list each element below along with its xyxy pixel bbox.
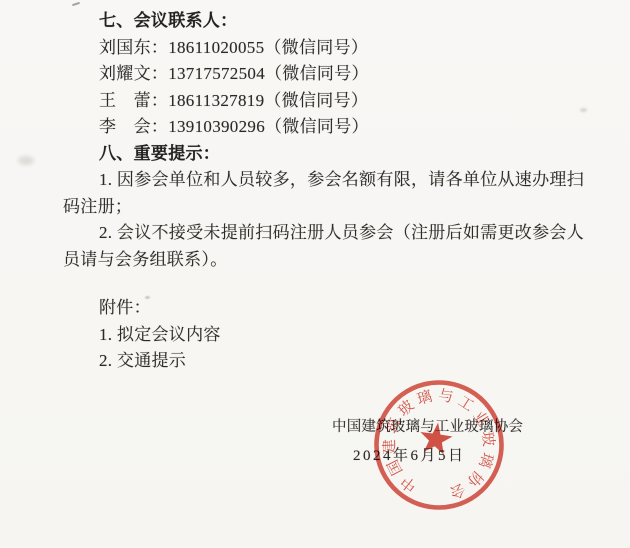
svg-text:璃: 璃	[475, 450, 496, 470]
scanned-document-page: 七、会议联系人： 刘国东：18611020055（微信同号） 刘耀文：13717…	[0, 0, 630, 548]
notice-heading: 八、重要提示：	[63, 141, 593, 168]
contact-line: 刘耀文：13717572504（微信同号）	[63, 61, 593, 88]
svg-text:玻: 玻	[478, 430, 497, 447]
svg-text:建: 建	[381, 439, 399, 455]
notice-paragraph-line: 员请与会务组联系）。	[63, 247, 593, 274]
svg-text:璃: 璃	[415, 388, 434, 409]
contact-line: 王 蕾：18611327819（微信同号）	[63, 88, 593, 115]
svg-text:业: 业	[469, 408, 491, 430]
contact-line: 刘国东：18611020055（微信同号）	[63, 35, 593, 62]
scan-speck	[72, 2, 80, 6]
svg-text:国: 国	[384, 457, 406, 478]
notice-paragraph-line: 2. 会议不接受未提前扫码注册人员参会（注册后如需更改参会人	[63, 220, 593, 247]
scan-smudge	[18, 156, 34, 165]
attachments-heading: 附件：	[63, 295, 593, 322]
notice-paragraph-line: 码注册；	[63, 194, 593, 221]
attachment-item: 1. 拟定会议内容	[63, 322, 593, 349]
official-seal: 中国建筑玻璃与工业玻璃协会	[369, 377, 509, 514]
svg-text:工: 工	[455, 393, 476, 415]
document-body: 七、会议联系人： 刘国东：18611020055（微信同号） 刘耀文：13717…	[63, 8, 593, 375]
svg-text:中: 中	[398, 472, 420, 495]
svg-text:会: 会	[447, 480, 467, 501]
svg-text:筑: 筑	[383, 416, 405, 436]
contacts-heading: 七、会议联系人：	[63, 8, 593, 35]
attachment-item: 2. 交通提示	[63, 348, 593, 375]
notice-paragraph-line: 1. 因参会单位和人员较多，参会名额有限，请各单位从速办理扫	[63, 167, 593, 194]
contact-line: 李 会：13910390296（微信同号）	[63, 114, 593, 141]
svg-text:与: 与	[437, 387, 454, 406]
seal-star-icon	[418, 420, 454, 455]
